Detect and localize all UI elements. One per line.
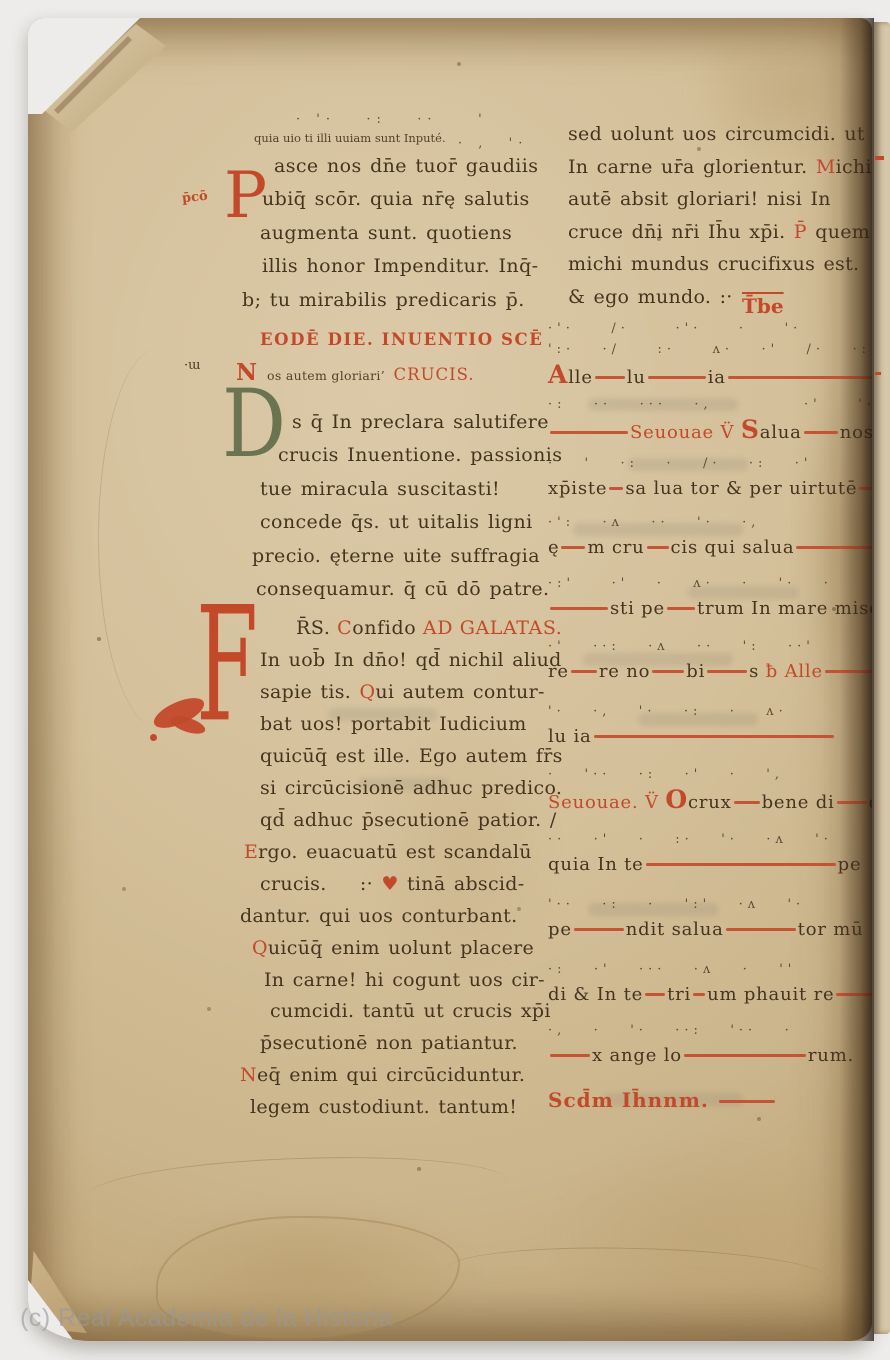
chant-text-line: pendit saluator mū [548, 915, 870, 945]
text-run: s q̄ In preclara salutifere [292, 411, 549, 433]
text-run: rgo. euacuatū est scandalū [258, 841, 532, 863]
initial-F-dot [150, 734, 157, 741]
chant-extender-line [837, 801, 867, 803]
neume-row: ·' ··: ·ʌ ·· ': ··' [548, 636, 870, 657]
chant-extender-line [550, 607, 608, 609]
neume-row: ·:' ·' · ʌ· · '· · [548, 573, 870, 594]
chant-text-line: quia In tepe [548, 850, 870, 880]
text-line: legem custodiunt. tantum! [236, 1092, 560, 1124]
chant-extender-line [734, 801, 760, 803]
text-run: qd̄ adhuc p̄secutionē patior. / [260, 809, 557, 831]
neume-row: ·, · '· ··: '·· · [548, 1020, 870, 1041]
neume-row: ·: ·' ··· ·ʌ · '' [548, 959, 870, 980]
watermark: (c) Real Academia de la Historia [20, 1304, 393, 1333]
text-line: augmenta sunt. quotiens [236, 217, 560, 250]
chant-block: ·:' ·' · ʌ· · '· ·sti petrum In mare mis… [548, 573, 870, 624]
chant-text-line: ęm crucis qui salua [548, 533, 870, 563]
text-line: autē absit gloriari! nisi In [568, 183, 870, 216]
text-run: S [741, 415, 760, 444]
text-run: tinā abscid- [407, 873, 524, 895]
margin-note-postcommunio: p̄cō [181, 189, 208, 207]
text-run: uicūq̄ enim uolunt placere [268, 937, 534, 959]
rubric-monogram: T̄be [742, 294, 784, 318]
neume-row: · '· ·: ·· ' [296, 112, 488, 127]
neume-row: '· ·, '· ·: · ʌ· [548, 701, 870, 722]
neume-row: '·· ·: · ':' ·ʌ '· [548, 894, 870, 915]
text-line: precio. ęterne uite suffragia [236, 540, 560, 573]
text-run: cta [869, 792, 872, 813]
text-run: tor mū [798, 919, 864, 940]
text-run: bat uos! portabit Iudicium [260, 713, 527, 735]
text-run: augmenta sunt. quotiens [260, 222, 512, 244]
text-run: sa lua tor & per uirtutē [625, 478, 857, 499]
text-line: crucis. :· ♥ tinā abscid- [236, 869, 560, 901]
text-run: alua [760, 422, 802, 443]
facing-page-red-mark [875, 156, 884, 160]
text-run: V̈ [645, 792, 665, 813]
chant-extender-line [804, 431, 838, 433]
text-run: tue miracula suscitasti! [260, 478, 500, 500]
text-run: onfido [352, 617, 423, 639]
chant-extender-line [652, 670, 684, 672]
neume-row: · '·· ·: ·' · ', [548, 764, 870, 785]
text-run: AD GALATAS. [423, 617, 563, 639]
chant-extender-line [859, 487, 872, 489]
text-run: um phauit re [707, 984, 834, 1005]
text-run: V̈ [721, 422, 741, 443]
text-run: nos [840, 422, 872, 443]
neume-row: ':· ·/ :· ʌ· ·' /· ·: [548, 339, 870, 360]
text-line: cumcidi. tantū ut crucis xp̄i [236, 996, 560, 1028]
text-line: concede q̄s. ut uitalis ligni [236, 506, 560, 539]
text-run: quia uio ti illi uuiam sunt Inputé. [254, 131, 446, 145]
text-line: b; tu mirabilis predicaris p̄. [236, 284, 560, 317]
chant-extender-line [836, 993, 872, 995]
chant-extender-line [595, 376, 625, 378]
neume-row: ·'· /· ·'· · '· [548, 318, 870, 339]
text-run: si circūcisionē adhuc predico. [260, 777, 562, 799]
text-run: rum. [808, 1045, 854, 1066]
text-run: concede q̄s. ut uitalis ligni [260, 511, 533, 533]
chant-extender-line [645, 993, 665, 995]
text-line: quicūq̄ est ille. Ego autem fr̄s [236, 741, 560, 773]
chant-block: ·' ··: ·ʌ ·· ': ··'rere nobis ƀ Alle [548, 636, 870, 687]
text-run: sti pe [610, 598, 665, 619]
chant-extender-line [667, 607, 695, 609]
text-run: trum In mare misé [697, 598, 872, 619]
initial-P: P [224, 164, 267, 228]
text-run: consequamur. q̄ cū dō patre. [256, 578, 549, 600]
chant-text-line: lu ia [548, 722, 870, 752]
text-run: & ego mundo. :· [568, 286, 733, 308]
text-run: precio. ęterne uite suffragia [252, 545, 540, 567]
text-line: si circūcisionē adhuc predico. [236, 773, 560, 805]
chant-extender-line [684, 1054, 806, 1056]
text-line: consequamur. q̄ cū dō patre. [236, 573, 560, 606]
text-line: In carne! hi cogunt uos cir- [236, 965, 560, 997]
text-run: crucis. :· [260, 873, 381, 895]
chant-block: '· ·, '· ·: · ʌ·lu ia [548, 701, 870, 752]
chant-extender-line [796, 546, 872, 548]
text-run: sed uolunt uos circumcidi. ut [568, 123, 865, 145]
text-line: quia uio ti illi uuiam sunt Inputé. [236, 128, 560, 148]
text-run: Seuouae. [548, 792, 645, 813]
text-run: lle [568, 367, 593, 388]
chant-block: ·': ·ʌ ·· '· ·,ęm crucis qui salua [548, 512, 870, 563]
text-line: Ergo. euacuatū est scandalū [236, 837, 560, 869]
chant-block: ·: ·' ··· ·ʌ · ''di & In tetrium phauit … [548, 959, 870, 1010]
text-run: sapie tis. [260, 681, 359, 703]
chant-block: ·· ·' · :· '· ·ʌ '·quia In tepe [548, 829, 870, 880]
neume-row: ·· ·' · :· '· ·ʌ '· [548, 829, 870, 850]
facing-page-edge [874, 22, 890, 1334]
text-run: ubiq̄ scōr. quia nr̄ę salutis [262, 188, 530, 210]
margin-nota-mark: ·ɯ [184, 358, 200, 373]
text-run: dantur. qui uos conturbant. [240, 905, 517, 927]
chant-extender-line [647, 546, 669, 548]
text-line: dantur. qui uos conturbant. [236, 901, 560, 933]
text-run: cruce dn̄i nr̄i Ih̄u xp̄i. [568, 221, 794, 243]
chant-extender-line [825, 670, 872, 672]
neume-row: ·': ·ʌ ·· '· ·, [548, 512, 870, 533]
text-run: lu [627, 367, 646, 388]
text-line: qd̄ adhuc p̄secutionē patior. / [236, 805, 560, 837]
neume-row: ·: ·· ··· ·, ·' '· [548, 394, 870, 415]
text-run: O [665, 785, 688, 814]
wrinkle-line [447, 1243, 828, 1304]
text-run: Q [359, 681, 375, 703]
text-run: pe [548, 919, 572, 940]
text-block-body: asce nos dn̄e tuor̄ gaudiisubiq̄ scōr. q… [236, 150, 560, 317]
chant-extender-line [693, 993, 705, 995]
text-run: di & In te [548, 984, 643, 1005]
text-run: crux [688, 792, 732, 813]
text-block-epistle: In uob̄ In dn̄o! qd̄ nichil aliudsapie t… [236, 645, 560, 1124]
text-run: N [240, 1064, 257, 1086]
text-line: & ego mundo. :· [568, 281, 870, 314]
text-run: michi mundus crucifixus est. [568, 253, 859, 275]
chant-extender-line [648, 376, 706, 378]
text-run: ichi [836, 156, 872, 178]
chant-extender-line [574, 928, 624, 930]
neume-row: · ' ·: · /· ·: ·' [548, 453, 870, 474]
text-run: pe [838, 854, 862, 875]
chant-text-line: di & In tetrium phauit re [548, 980, 870, 1010]
text-run: ui autem contur- [375, 681, 544, 703]
chant-text-line: x ange lorum. [548, 1041, 870, 1071]
text-run: asce nos dn̄e tuor̄ gaudiis [274, 155, 538, 177]
text-line: R̄S. Confido AD GALATAS. [236, 612, 560, 645]
chant-block: ·, · '· ··: '·· ·x ange lorum. [548, 1020, 870, 1071]
left-text-column: quia uio ti illi uuiam sunt Inputé.asce … [236, 128, 560, 1124]
text-line: illis honor Impenditur. Inq̄- [236, 250, 560, 283]
chant-block: · ' ·: · /· ·: ·'xp̄istesa lua tor & per… [548, 453, 870, 504]
text-run: E [244, 841, 258, 863]
text-run: bene di [762, 792, 835, 813]
chant-block: ·'· /· ·'· · '·':· ·/ :· ʌ· ·' /· ·:Alle… [548, 318, 870, 390]
text-run: p̄secutionē non patiantur. [260, 1032, 518, 1054]
text-run: quicūq̄ est ille. Ego autem fr̄s [260, 745, 563, 767]
text-run: crucis Inuentione. passionis [278, 444, 562, 466]
text-run: In carne! hi cogunt uos cir- [264, 969, 545, 991]
text-run: lu ia [548, 726, 592, 747]
text-run: ia [708, 367, 726, 388]
chant-block: · '·· ·: ·' · ',Seuouae. V̈ Ocruxbene di… [548, 764, 870, 815]
chant-block: '·· ·: · ':' ·ʌ '·pendit saluator mū [548, 894, 870, 945]
text-run: autē absit gloriari! nisi In [568, 188, 831, 210]
text-run: ♥ [381, 873, 407, 895]
text-line: In uob̄ In dn̄o! qd̄ nichil aliud [236, 645, 560, 677]
text-line: EODĒ DIE. INUENTIO SCĒ [236, 323, 560, 356]
text-run: quia In te [548, 854, 644, 875]
epistle-continuation: sed uolunt uos circumcidi. utIn carne ur… [548, 118, 870, 314]
text-block-interlinear: quia uio ti illi uuiam sunt Inputé. [236, 128, 560, 148]
text-run: tri [667, 984, 691, 1005]
text-run: CRUCIS. [394, 365, 475, 384]
text-block-heading: R̄S. Confido AD GALATAS. [236, 612, 560, 645]
chant-extender-line [550, 1054, 590, 1056]
text-run: eq̄ enim qui circūciduntur. [257, 1064, 525, 1086]
text-line: sapie tis. Qui autem contur- [236, 677, 560, 709]
text-run: bi [686, 661, 705, 682]
text-run: In uob̄ In dn̄o! qd̄ nichil aliud [260, 649, 562, 671]
chant-block: ·: ·· ··· ·, ·' '·Seuouae V̈ Saluanos [548, 394, 870, 445]
wrinkle-line [87, 1151, 509, 1227]
text-line: michi mundus crucifixus est. [568, 248, 870, 281]
text-run: illis honor Impenditur. Inq̄- [262, 255, 538, 277]
text-run: P̄ [794, 221, 807, 243]
chant-extender-line [726, 928, 796, 930]
text-run: R̄S. [296, 617, 337, 639]
text-run: quem [807, 221, 870, 243]
text-run: s [749, 661, 766, 682]
chant-extender-line [550, 431, 628, 433]
manuscript-photo: · '· ·: ·· ' · , '· quia uio ti illi uui… [0, 0, 890, 1360]
text-line: bat uos! portabit Iudicium [236, 709, 560, 741]
text-run: xp̄iste [548, 478, 607, 499]
text-run: x ange lo [592, 1045, 682, 1066]
chant-text-line: Seuouae. V̈ Ocruxbene dicta [548, 785, 870, 815]
facing-page-red-mark [875, 372, 881, 375]
chant-text-line: rere nobis ƀ Alle [548, 657, 870, 687]
chant-extender-line [594, 735, 834, 737]
text-line: Neq̄ enim qui circūciduntur. [236, 1060, 560, 1092]
text-block-rubric: EODĒ DIE. INUENTIO SCĒ [236, 323, 560, 356]
chant-text-line: xp̄istesa lua tor & per uirtutē [548, 474, 870, 504]
text-run: ę [548, 537, 559, 558]
chant-extender-line [609, 487, 623, 489]
chant-extender-line [646, 863, 836, 865]
chant-extender-line [707, 670, 747, 672]
text-run: re no [599, 661, 650, 682]
text-run: cumcidi. tantū ut crucis xp̄i [270, 1000, 551, 1022]
text-run: re [548, 661, 569, 682]
text-line: In carne ur̄a glorientur. Michi [568, 151, 870, 184]
gospel-rubric: Scd̄m Ih̄nnm. [548, 1085, 870, 1115]
chant-extender-line [719, 1100, 775, 1102]
chant-text-line: Alleluia [548, 360, 870, 390]
text-run: In carne ur̄a glorientur. [568, 156, 816, 178]
text-line: cruce dn̄i nr̄i Ih̄u xp̄i. P̄ quem [568, 216, 870, 249]
chant-text-line: sti petrum In mare misé [548, 594, 870, 624]
chant-extender-line [561, 546, 585, 548]
initial-F: F [196, 586, 258, 744]
text-line: ubiq̄ scōr. quia nr̄ę salutis [236, 183, 560, 216]
text-run: b; tu mirabilis predicaris p̄. [242, 289, 525, 311]
text-line: Quicūq̄ enim uolunt placere [236, 933, 560, 965]
chant-extender-line [728, 376, 872, 378]
text-line: asce nos dn̄e tuor̄ gaudiis [236, 150, 560, 183]
chant-extender-line [571, 670, 597, 672]
text-run: ndit salua [626, 919, 724, 940]
text-run: ƀ Alle [766, 661, 823, 682]
text-line: p̄secutionē non patiantur. [236, 1028, 560, 1060]
text-run: Scd̄m Ih̄nnm. [548, 1088, 717, 1112]
stain [548, 1138, 848, 1328]
text-run: C [337, 617, 352, 639]
text-run: legem custodiunt. tantum! [250, 1096, 517, 1118]
text-run: M [816, 156, 836, 178]
initial-D: D [222, 378, 286, 472]
right-text-column: sed uolunt uos circumcidi. utIn carne ur… [548, 118, 870, 1115]
text-run: Seuouae [630, 422, 721, 443]
chant-text-line: Seuouae V̈ Saluanos [548, 415, 870, 445]
text-line: sed uolunt uos circumcidi. ut [568, 118, 870, 151]
text-run: m cru [587, 537, 644, 558]
manuscript-page: · '· ·: ·· ' · , '· quia uio ti illi uui… [28, 18, 872, 1341]
text-run: EODĒ DIE. INUENTIO SCĒ [260, 330, 543, 349]
text-run: A [548, 360, 568, 389]
text-run: Q [252, 937, 268, 959]
text-run: cis qui salua [671, 537, 795, 558]
